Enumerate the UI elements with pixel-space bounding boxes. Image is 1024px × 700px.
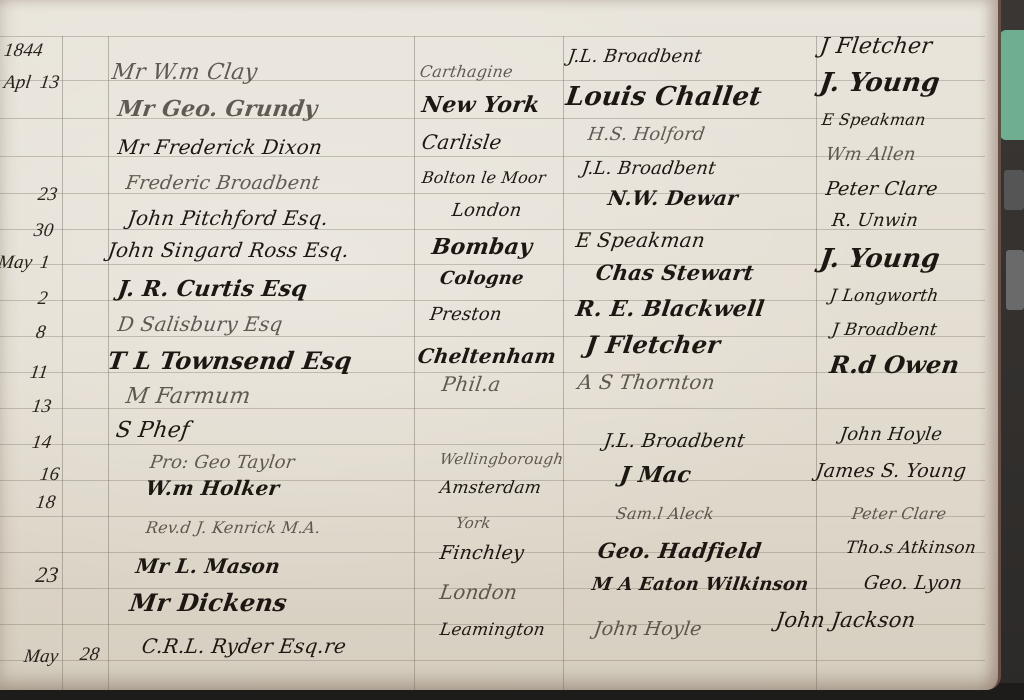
date-month: May bbox=[22, 646, 59, 668]
entry-name: Mr Frederick Dixon bbox=[116, 135, 324, 159]
entry-name: Pro: Geo Taylor bbox=[149, 452, 297, 473]
entry-signature-a: H.S. Holford bbox=[587, 124, 707, 145]
entry-signature-b: Wm Allen bbox=[825, 144, 918, 165]
entry-residence: Leamington bbox=[439, 620, 547, 640]
entry-signature-a: Sam.l Aleck bbox=[615, 504, 716, 523]
entry-residence: Finchley bbox=[438, 542, 525, 564]
date-day: 13 bbox=[30, 396, 52, 418]
entry-signature-b: James S. Young bbox=[814, 460, 967, 482]
date-month: May bbox=[0, 252, 34, 274]
entry-residence: York bbox=[455, 514, 492, 532]
entry-name: W.m Holker bbox=[144, 476, 281, 500]
entry-name: Mr W.m Clay bbox=[110, 60, 259, 85]
entry-residence: London bbox=[438, 580, 519, 604]
entry-residence: Cologne bbox=[439, 268, 526, 289]
entry-residence: New York bbox=[420, 92, 541, 118]
entry-residence: Carthagine bbox=[419, 62, 515, 81]
entry-signature-a: J Fletcher bbox=[584, 330, 722, 359]
ruled-line bbox=[0, 444, 985, 445]
entry-signature-b: Geo. Lyon bbox=[862, 572, 963, 594]
date-day: 23 bbox=[34, 562, 60, 588]
entry-name: D Salisbury Esq bbox=[116, 312, 284, 336]
entry-name: Mr L. Mason bbox=[134, 554, 281, 578]
green-tab-marker bbox=[1000, 30, 1024, 140]
date-day: 2 bbox=[36, 288, 49, 310]
entry-residence: Bolton le Moor bbox=[421, 168, 547, 187]
entry-signature-a: John Hoyle bbox=[592, 618, 703, 640]
ruled-line bbox=[0, 516, 985, 517]
column-rule bbox=[563, 36, 564, 690]
date-month: Apl bbox=[2, 72, 32, 94]
background-object bbox=[1006, 250, 1024, 310]
entry-name: T L Townsend Esq bbox=[106, 346, 354, 375]
entry-signature-b: E Speakman bbox=[821, 110, 927, 129]
entry-residence: Bombay bbox=[430, 234, 534, 260]
date-day: 13 bbox=[38, 72, 60, 94]
entry-residence: Carlisle bbox=[420, 130, 503, 154]
entry-signature-a: J.L. Broadbent bbox=[581, 158, 718, 179]
entry-signature-a: J.L. Broadbent bbox=[602, 430, 746, 452]
entry-signature-b: John Hoyle bbox=[839, 424, 944, 445]
entry-signature-b: J Fletcher bbox=[818, 34, 934, 59]
entry-name: M Farmum bbox=[124, 384, 252, 409]
entry-signature-b: J. Young bbox=[818, 244, 942, 274]
entry-signature-a: E Speakman bbox=[574, 228, 706, 252]
entry-signature-b: J Longworth bbox=[829, 286, 940, 306]
date-day: 16 bbox=[38, 464, 60, 486]
entry-signature-a: J Mac bbox=[618, 462, 693, 488]
entry-signature-a: Geo. Hadfield bbox=[596, 538, 763, 563]
entry-signature-b: John Jackson bbox=[774, 608, 917, 632]
date-day: 28 bbox=[78, 644, 100, 666]
entry-residence: Cheltenham bbox=[416, 344, 557, 368]
date-day: 11 bbox=[28, 362, 49, 384]
entry-residence: London bbox=[451, 200, 523, 221]
entry-name: Mr Geo. Grundy bbox=[116, 96, 319, 122]
entry-name: John Pitchford Esq. bbox=[126, 206, 330, 230]
date-day: 8 bbox=[34, 322, 47, 344]
entry-name: J. R. Curtis Esq bbox=[116, 276, 309, 302]
date-day: 1 bbox=[38, 252, 51, 274]
entry-signature-b: Tho.s Atkinson bbox=[845, 538, 978, 558]
entry-signature-a: A S Thornton bbox=[576, 370, 716, 394]
entry-signature-a: N.W. Dewar bbox=[606, 186, 739, 210]
date-day: 30 bbox=[32, 220, 54, 242]
entry-signature-b: Peter Clare bbox=[851, 504, 948, 523]
entry-signature-b: J. Young bbox=[818, 68, 942, 98]
entry-residence: Wellingborough bbox=[439, 450, 565, 468]
entry-signature-b: R. Unwin bbox=[831, 210, 920, 231]
entry-residence: Amsterdam bbox=[439, 478, 543, 498]
date-day: 23 bbox=[36, 184, 58, 206]
entry-name: S Phef bbox=[114, 418, 191, 443]
entry-name: Rev.d J. Kenrick M.A. bbox=[145, 518, 322, 537]
entry-residence: Phil.a bbox=[440, 372, 502, 396]
ruled-line bbox=[0, 660, 985, 661]
entry-residence: Preston bbox=[429, 304, 504, 325]
column-rule bbox=[414, 36, 415, 690]
date-day: 18 bbox=[34, 492, 56, 514]
entry-name: Frederic Broadbent bbox=[124, 172, 321, 194]
ledger-page: 1844 Apl 13 Mr W.m Clay Carthagine J.L. … bbox=[0, 0, 1001, 690]
entry-signature-a: M A Eaton Wilkinson bbox=[591, 574, 810, 595]
entry-signature-b: R.d Owen bbox=[828, 350, 961, 379]
date-day: 14 bbox=[30, 432, 52, 454]
entry-signature-a: Chas Stewart bbox=[594, 260, 755, 285]
entry-signature-a: J.L. Broadbent bbox=[567, 46, 704, 67]
year-label: 1844 bbox=[2, 40, 44, 62]
entry-signature-b: J Broadbent bbox=[831, 320, 939, 340]
entry-name: John Singard Ross Esq. bbox=[106, 238, 350, 262]
entry-signature-a: Louis Challet bbox=[564, 82, 764, 112]
background-object bbox=[1004, 170, 1024, 210]
entry-signature-b: Peter Clare bbox=[824, 178, 939, 200]
column-rule bbox=[816, 36, 817, 690]
entry-signature-a: R. E. Blackwell bbox=[574, 296, 766, 322]
entry-name: Mr Dickens bbox=[128, 588, 289, 617]
entry-name: C.R.L. Ryder Esq.re bbox=[140, 634, 348, 658]
column-rule bbox=[62, 36, 63, 690]
